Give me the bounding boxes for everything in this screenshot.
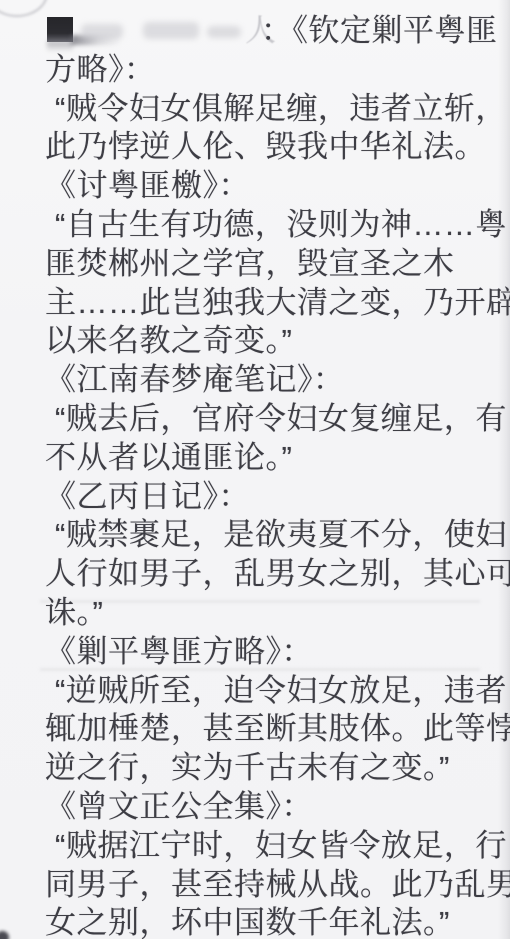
text-line: 诛。” <box>45 594 506 633</box>
text-line: 《剿平粤匪方略》： <box>45 633 506 672</box>
text-line: “逆贼所至，迫令妇女放足，违者 <box>55 672 506 711</box>
redaction-fade <box>47 41 73 52</box>
text-line: 女之别，坏中国数千年礼法。” <box>45 904 506 939</box>
document-page: 人 ：《钦定剿平粤匪 方略》：“贼令妇女俱解足缠，违者立斩，此乃悖逆人伦、毁我中… <box>0 0 510 939</box>
text-line: 同男子，甚至持械从战。此乃乱男 <box>45 866 506 905</box>
book-title-start: ：《钦定剿平粤匪 <box>261 12 498 51</box>
erased-text-remnant <box>143 22 199 39</box>
text-line: 此乃悖逆人伦、毁我中华礼法。 <box>45 128 506 167</box>
text-line: 主……此岂独我大清之变，乃开辟 <box>45 284 506 323</box>
text-line: 《乙丙日记》： <box>45 478 506 517</box>
text-line: “贼禁裹足，是欲夷夏不分，使妇 <box>55 516 506 555</box>
text-line: 逆之行，实为千古未有之变。” <box>45 749 506 788</box>
erased-text-remnant <box>81 24 123 39</box>
erased-text-remnant <box>207 26 241 38</box>
text-line: 以来名教之奇变。” <box>45 322 506 361</box>
redaction-block <box>47 17 73 42</box>
text-line: 方略》： <box>45 51 506 90</box>
text-line: 《江南春梦庵笔记》： <box>45 361 506 400</box>
text-line: “自古生有功德，没则为神……粤 <box>55 206 506 245</box>
text-line: “贼据江宁时，妇女皆令放足，行 <box>55 827 506 866</box>
text-line: “贼去后，官府令妇女复缠足，有 <box>55 400 506 439</box>
text-line: 不从者以通匪论。” <box>45 439 506 478</box>
text-line: 《曾文正公全集》： <box>45 788 506 827</box>
text-line: 匪焚郴州之学宫，毁宣圣之木 <box>45 245 506 284</box>
text-line: 人行如男子，乱男女之别，其心可 <box>45 555 506 594</box>
text-line: “贼令妇女俱解足缠，违者立斩， <box>55 90 506 129</box>
text-line-redacted: 人 ：《钦定剿平粤匪 <box>45 12 506 51</box>
text-line: 辄加棰楚，甚至断其肢体。此等悖 <box>45 710 506 749</box>
text-line: 《讨粤匪檄》： <box>45 167 506 206</box>
text-block: 人 ：《钦定剿平粤匪 方略》：“贼令妇女俱解足缠，违者立斩，此乃悖逆人伦、毁我中… <box>0 0 510 939</box>
